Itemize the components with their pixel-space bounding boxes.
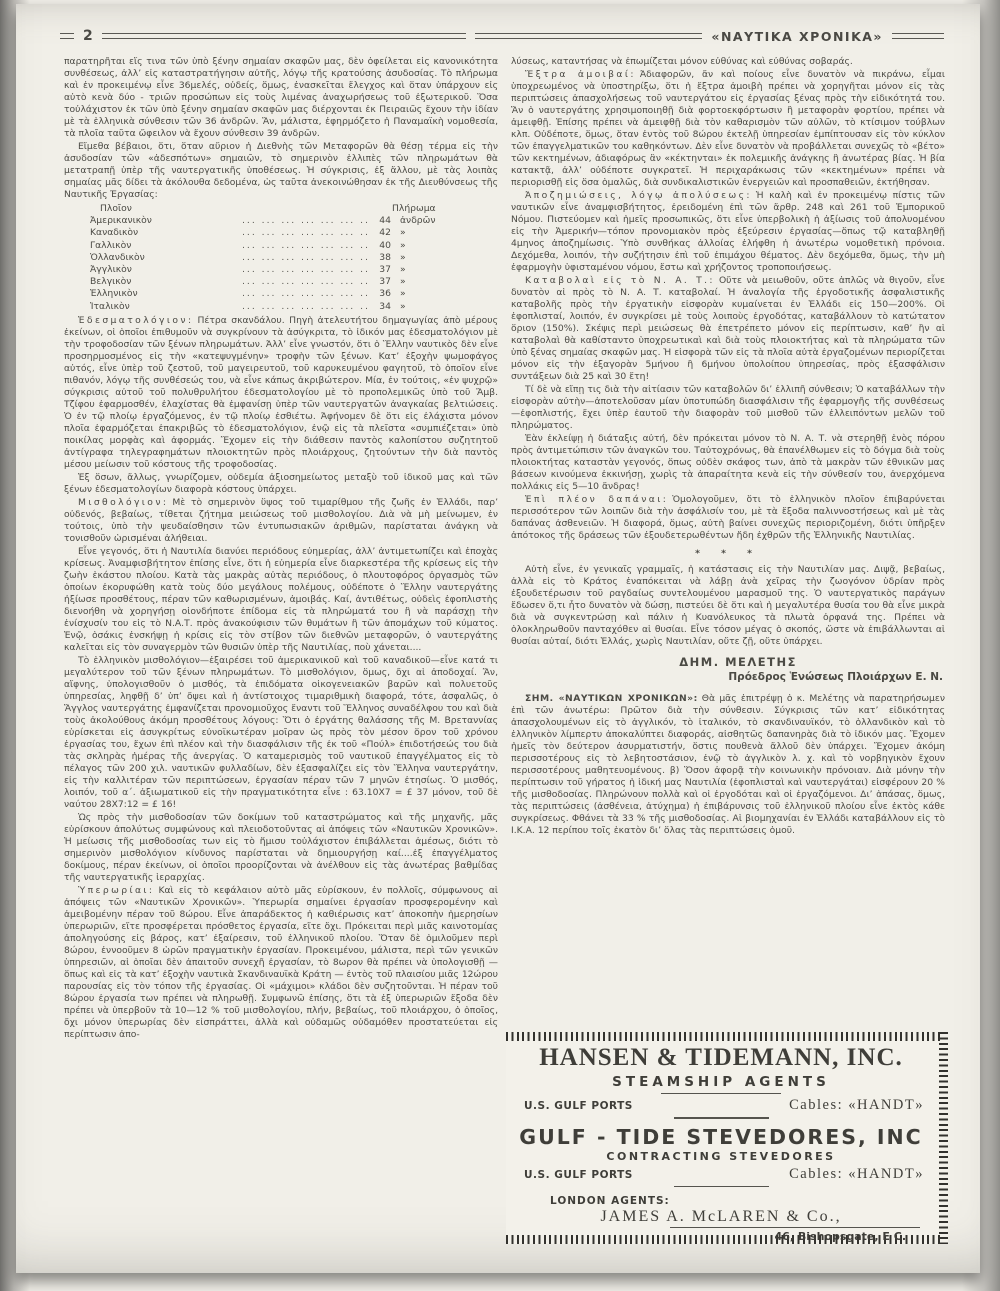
crew-unit: » xyxy=(391,288,462,300)
runin-heading-compensation: Ἀποζημιώσεις, λόγῳ ἀπολύσεως: xyxy=(525,190,752,201)
ad-divider xyxy=(674,1117,769,1118)
crew-unit: » xyxy=(391,227,462,239)
ad-cables-2: Cables: «HANDT» xyxy=(789,1166,924,1183)
ad-agents-name: JAMES A. McLAREN & Co., xyxy=(510,1208,932,1226)
paragraph-text: Οὔτε νὰ μειωθοῦν, οὔτε ἁπλῶς νὰ θιγοῦν, … xyxy=(511,275,945,382)
crew-count: 37 xyxy=(367,276,391,288)
paragraph: Ἐπὶ πλέον δαπάναι:Ὁμολογοῦμεν, ὅτι τὸ ἑλ… xyxy=(511,494,945,542)
dot-leader: ... ... ... ... ... ... ... ... ... ... … xyxy=(242,240,367,252)
flag-name: Ἀμερικανικὸν xyxy=(90,215,242,227)
crew-unit: » xyxy=(391,252,462,264)
crew-count: 38 xyxy=(367,252,391,264)
dot-leader: ... ... ... ... ... ... ... ... ... ... … xyxy=(242,301,367,313)
ad-divider xyxy=(674,1186,769,1187)
header-rule-mid xyxy=(102,33,466,39)
crew-count: 34 xyxy=(367,301,391,313)
table-row: Καναδικὸν... ... ... ... ... ... ... ...… xyxy=(90,227,462,239)
ad-subtitle-1: STEAMSHIP AGENTS xyxy=(510,1074,932,1090)
paragraph: Ὡς πρὸς τὴν μισθοδοσίαν τῶν δοκίμων τοῦ … xyxy=(64,812,498,884)
crew-count: 44 xyxy=(367,215,391,227)
ad-ports-2: U.S. GULF PORTS xyxy=(524,1169,633,1181)
paragraph-text: Καὶ εἰς τὸ κεφάλαιον αὐτὸ μᾶς εὑρίσκουν,… xyxy=(64,885,498,1040)
dot-leader: ... ... ... ... ... ... ... ... ... ... … xyxy=(242,215,367,227)
dot-leader: ... ... ... ... ... ... ... ... ... ... … xyxy=(242,252,367,264)
runin-heading-overtime: Ὑπερωρίαι: xyxy=(78,885,154,896)
paragraph: Τί δὲ νὰ εἴπῃ τις διὰ τὴν αἰτίασιν τῶν κ… xyxy=(511,384,945,432)
editor-note-text: Θὰ μᾶς ἐπιτρέψῃ ὁ κ. Μελέτης νὰ παρατηρή… xyxy=(511,693,945,836)
table-row: Ἀμερικανικὸν... ... ... ... ... ... ... … xyxy=(90,215,462,227)
paragraph-text: Ἐξ ὅσων, ἄλλως, γνωρίζομεν, οὐδεμία ἀξιο… xyxy=(64,472,498,495)
runin-heading-wages: Μισθολόγιον: xyxy=(78,497,168,508)
runin-heading-extra-pay: Ἔξτρα ἀμοιβαί: xyxy=(525,69,636,80)
crew-count: 37 xyxy=(367,264,391,276)
paragraph-text: Ἀδιαφορῶν, ἄν καὶ ποίους εἶνε δυνατὸν νὰ… xyxy=(511,69,945,188)
ad-company-name-2: GULF - TIDE STEVEDORES, INC xyxy=(510,1125,932,1149)
author-title: Πρόεδρος Ἑνώσεως Πλοιάρχων Ε. Ν. xyxy=(511,671,945,683)
editor-note-label: ΣΗΜ. «ΝΑΥΤΙΚΩΝ ΧΡΟΝΙΚΩΝ»: xyxy=(525,693,698,704)
paragraph: Ἐδεσματολόγιον:Πέτρα σκανδάλου. Πηγὴ ἀτε… xyxy=(64,315,498,471)
masthead-title: «ΝΑΥΤΙΚΑ ΧΡΟΝΙΚΑ» xyxy=(711,29,883,44)
table-row: Βελγικὸν... ... ... ... ... ... ... ... … xyxy=(90,276,462,288)
column-header-ship: Πλοῖον xyxy=(90,203,252,215)
flag-name: Γαλλικὸν xyxy=(90,240,242,252)
crew-unit: » xyxy=(391,276,462,288)
paragraph-text: Τί δὲ νὰ εἴπῃ τις διὰ τὴν αἰτίασιν τῶν κ… xyxy=(511,384,945,431)
paragraph: λύσεως, καταντήσας νὰ ἐπωμίζεται μόνον ε… xyxy=(511,56,945,68)
paragraph-text: λύσεως, καταντήσας νὰ ἐπωμίζεται μόνον ε… xyxy=(511,56,853,67)
crew-unit: » xyxy=(391,240,462,252)
ad-cables-1: Cables: «HANDT» xyxy=(789,1097,924,1114)
crew-unit: » xyxy=(391,301,462,313)
flag-name: Ἰταλικὸν xyxy=(90,301,242,313)
paragraph: Τὸ ἑλληνικὸν μισθολόγιον—ἐξαιρέσει τοῦ ἀ… xyxy=(64,655,498,811)
paragraph: Ὑπερωρίαι:Καὶ εἰς τὸ κεφάλαιον αὐτὸ μᾶς … xyxy=(64,885,498,1041)
paragraph: Ἔξτρα ἀμοιβαί:Ἀδιαφορῶν, ἄν καὶ ποίους ε… xyxy=(511,69,945,189)
paragraph: παρατηρῆται εἴς τινα τῶν ὑπὸ ξένην σημαί… xyxy=(64,56,498,140)
paragraph-text: παρατηρῆται εἴς τινα τῶν ὑπὸ ξένην σημαί… xyxy=(64,56,498,139)
ad-agents-address: 46, Bishopsgate, E C. xyxy=(510,1230,932,1243)
paragraph: Ἐὰν ἐκλείψῃ ἡ διάταξις αὐτή, δὲν πρόκειτ… xyxy=(511,433,945,493)
table-row: Γαλλικὸν... ... ... ... ... ... ... ... … xyxy=(90,240,462,252)
paragraph: Ἀποζημιώσεις, λόγῳ ἀπολύσεως:Ἡ καλὴ καὶ … xyxy=(511,190,945,274)
header-rule-right xyxy=(892,33,944,39)
table-row: Ἀγγλικὸν... ... ... ... ... ... ... ... … xyxy=(90,264,462,276)
paragraph-text: Ἐὰν ἐκλείψῃ ἡ διάταξις αὐτή, δὲν πρόκειτ… xyxy=(511,433,945,492)
paragraph: Ἐξ ὅσων, ἄλλως, γνωρίζομεν, οὐδεμία ἀξιο… xyxy=(64,472,498,496)
runin-heading-extra-costs: Ἐπὶ πλέον δαπάναι: xyxy=(525,494,668,505)
magazine-page: 2 «ΝΑΥΤΙΚΑ ΧΡΟΝΙΚΑ» παρατηρῆται εἴς τινα… xyxy=(16,4,980,1273)
ad-border-top xyxy=(506,1032,942,1041)
left-column: παρατηρῆται εἴς τινα τῶν ὑπὸ ξένην σημαί… xyxy=(64,56,498,1274)
ad-agents-underline xyxy=(670,1227,920,1228)
flag-name: Ἀγγλικὸν xyxy=(90,264,242,276)
ad-content: HANSEN & TIDEMANN, INC. STEAMSHIP AGENTS… xyxy=(510,1044,932,1232)
ad-subtitle-2: CONTRACTING STEVEDORES xyxy=(510,1150,932,1163)
crew-unit: ἀνδρῶν xyxy=(391,215,462,227)
paragraph-text: Ἡ καλὴ καὶ ἐν προκειμένῳ πίστις τῶν ναυτ… xyxy=(511,190,945,273)
dot-leader: ... ... ... ... ... ... ... ... ... ... … xyxy=(242,288,367,300)
runin-heading-nat-contributions: Καταβολαὶ εἰς τὸ Ν. Α. Τ.: xyxy=(525,275,715,286)
ad-border-right xyxy=(939,1032,948,1244)
ad-divider xyxy=(661,1093,781,1094)
dot-leader: ... ... ... ... ... ... ... ... ... ... … xyxy=(242,276,367,288)
paragraph: Μισθολόγιον:Μὲ τὸ σημερινὸν ὕψος τοῦ τιμ… xyxy=(64,497,498,545)
scanned-page-background: 2 «ΝΑΥΤΙΚΑ ΧΡΟΝΙΚΑ» παρατηρῆται εἴς τινα… xyxy=(0,0,1000,1291)
page-header: 2 «ΝΑΥΤΙΚΑ ΧΡΟΝΙΚΑ» xyxy=(60,28,944,44)
paragraph: Εἶνε γεγονός, ὅτι ἡ Ναυτιλία διανύει περ… xyxy=(64,546,498,654)
table-row: Ἰταλικὸν... ... ... ... ... ... ... ... … xyxy=(90,301,462,313)
column-header-crew: Πλήρωμα xyxy=(392,203,462,215)
flag-name: Βελγικὸν xyxy=(90,276,242,288)
crew-comparison-table: Πλοῖον Πλήρωμα Ἀμερικανικὸν... ... ... .… xyxy=(90,203,462,313)
flag-name: Ἑλληνικὸν xyxy=(90,288,242,300)
page-number: 2 xyxy=(83,28,93,44)
paragraph-text: Αὐτὴ εἶνε, ἐν γενικαῖς γραμμαῖς, ἡ κατάσ… xyxy=(511,564,945,647)
ad-ports-row-2: U.S. GULF PORTS Cables: «HANDT» xyxy=(510,1166,932,1183)
dot-leader: ... ... ... ... ... ... ... ... ... ... … xyxy=(242,264,367,276)
right-column: λύσεως, καταντήσας νὰ ἐπωμίζεται μόνον ε… xyxy=(511,56,945,1028)
header-rule-mid2 xyxy=(475,33,703,39)
ad-ports-1: U.S. GULF PORTS xyxy=(524,1100,633,1112)
crew-count: 42 xyxy=(367,227,391,239)
ad-ports-row-1: U.S. GULF PORTS Cables: «HANDT» xyxy=(510,1097,932,1114)
leader-spacer xyxy=(252,203,386,215)
ad-london-agents-label: LONDON AGENTS: xyxy=(510,1195,932,1207)
flag-name: Καναδικὸν xyxy=(90,227,242,239)
table-row: Ἑλληνικὸν... ... ... ... ... ... ... ...… xyxy=(90,288,462,300)
crew-count: 40 xyxy=(367,240,391,252)
header-rule-left xyxy=(60,33,74,39)
paragraph-text: Εἴμεθα βέβαιοι, ὅτι, ὅταν αὔριον ἡ Διεθν… xyxy=(64,141,498,200)
paragraph-text: Πέτρα σκανδάλου. Πηγὴ ἀτελευτήτου δημαγω… xyxy=(64,315,498,470)
crew-unit: » xyxy=(391,264,462,276)
section-separator: * * * xyxy=(511,548,945,560)
paragraph: Καταβολαὶ εἰς τὸ Ν. Α. Τ.:Οὔτε νὰ μειωθο… xyxy=(511,275,945,383)
table-row: Ὁλλανδικὸν... ... ... ... ... ... ... ..… xyxy=(90,252,462,264)
ad-company-name-1: HANSEN & TIDEMANN, INC. xyxy=(510,1044,932,1072)
table-header-row: Πλοῖον Πλήρωμα xyxy=(90,203,462,215)
paragraph-text: Ὡς πρὸς τὴν μισθοδοσίαν τῶν δοκίμων τοῦ … xyxy=(64,812,498,883)
paragraph-text: Εἶνε γεγονός, ὅτι ἡ Ναυτιλία διανύει περ… xyxy=(64,546,498,653)
paragraph-text: Τὸ ἑλληνικὸν μισθολόγιον—ἐξαιρέσει τοῦ ἀ… xyxy=(64,655,498,810)
paragraph: Εἴμεθα βέβαιοι, ὅτι, ὅταν αὔριον ἡ Διεθν… xyxy=(64,141,498,201)
dot-leader: ... ... ... ... ... ... ... ... ... ... … xyxy=(242,227,367,239)
crew-count: 36 xyxy=(367,288,391,300)
runin-heading-menu: Ἐδεσματολόγιον: xyxy=(78,315,193,326)
advertisement-hansen-tidemann: HANSEN & TIDEMANN, INC. STEAMSHIP AGENTS… xyxy=(506,1032,948,1244)
editor-note: ΣΗΜ. «ΝΑΥΤΙΚΩΝ ΧΡΟΝΙΚΩΝ»:Θὰ μᾶς ἐπιτρέψῃ… xyxy=(511,693,945,837)
paragraph: Αὐτὴ εἶνε, ἐν γενικαῖς γραμμαῖς, ἡ κατάσ… xyxy=(511,564,945,648)
author-signature: ΔΗΜ. ΜΕΛΕΤΗΣ xyxy=(511,656,945,668)
flag-name: Ὁλλανδικὸν xyxy=(90,252,242,264)
